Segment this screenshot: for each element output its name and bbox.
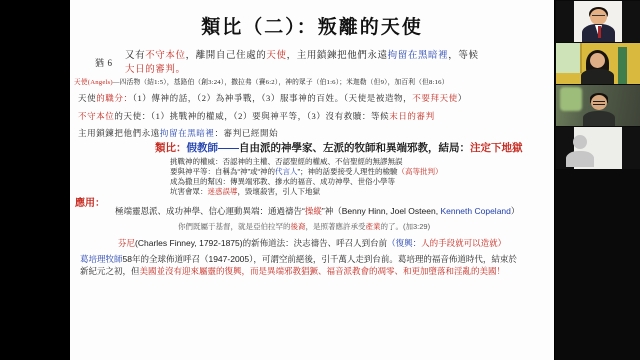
participant-2-window (556, 43, 582, 73)
galatians-quote-line: 你們既屬于基督，就是亞伯拉罕的後裔，是照著應許承受產業的了。(加3:29) (178, 221, 430, 232)
meeting-window: { "colors": { "red": "#c5271d", "blue": … (0, 0, 640, 360)
verse-text-line2: 大日的審判。 (125, 61, 186, 75)
participant-video-4-camera-off[interactable] (556, 127, 640, 169)
participant-3-window-light (560, 87, 582, 111)
participant-1-tie (598, 26, 601, 38)
application-label: 應用： (75, 194, 105, 209)
participant-2-body (581, 69, 614, 84)
participant-video-1[interactable] (556, 1, 640, 42)
avatar-placeholder-icon (573, 135, 587, 149)
participant-3-body (583, 111, 615, 126)
finney-line: 芬尼(Charles Finney, 1792-1875)的新佈道法：決志禱告、… (118, 237, 506, 249)
angels-duty-line: 天使的職分：（1）傳神的話，（2）為神爭戰，（3）服事神的百姓。（天使是被造物，… (78, 92, 467, 104)
participant-2-door (618, 47, 627, 84)
verse-reference-label: 猶 6 (95, 56, 113, 69)
participant-video-2[interactable] (556, 43, 640, 84)
application-charismatic-line: 極端靈恩派、成功神學、信心運動異端：通過禱告“操縱”神（Benny Hinn, … (115, 205, 519, 217)
avatar-placeholder-icon-body (566, 151, 594, 167)
participant-video-strip (555, 0, 640, 360)
participant-2-face (590, 53, 605, 68)
angels-definition-line: 天使(Angels)—四活物（結1:5），基路伯（創3:24），撒拉弗（賽6:2… (74, 76, 449, 86)
slide-title: 類比（二）：叛離的天使 (70, 12, 554, 39)
analogy-false-teachers-line: 類比：假教師——自由派的神學家、左派的牧師和異端邪教，結局：注定下地獄 (155, 140, 523, 155)
rebel-angels-line: 不守本位的天使：（1）挑戰神的權威，（2）要與神平等，（3）沒有救贖：等候末日的… (78, 110, 435, 122)
chains-judgment-line: 主用鎖鍊把他們永遠拘留在黑暗裡：審判已經開始 (78, 127, 278, 139)
graham-line-1: 葛培理牧師58年的全球佈道呼召（1947-2005），可謂空前絕後，引千萬人走到… (80, 253, 517, 265)
participant-3-glasses (593, 101, 605, 105)
verse-text-line1: 又有不守本位，離開自己住處的天使，主用鎖鍊把他們永遠拘留在黑暗裡，等候 (125, 47, 479, 61)
shared-screen-slide: 類比（二）：叛離的天使 猶 6 又有不守本位，離開自己住處的天使，主用鎖鍊把他們… (70, 0, 554, 360)
graham-line-2: 新紀元之初，但美國並沒有迎來屬靈的復興，而是異端邪教猖獗、福音派教會的凋零、和更… (80, 265, 505, 277)
sub-point-harm: 坑害會眾：迷惑誤導，毀壞殺害，引人下地獄 (170, 186, 320, 197)
participant-1-glasses (592, 15, 605, 18)
participant-video-3[interactable] (556, 85, 640, 126)
